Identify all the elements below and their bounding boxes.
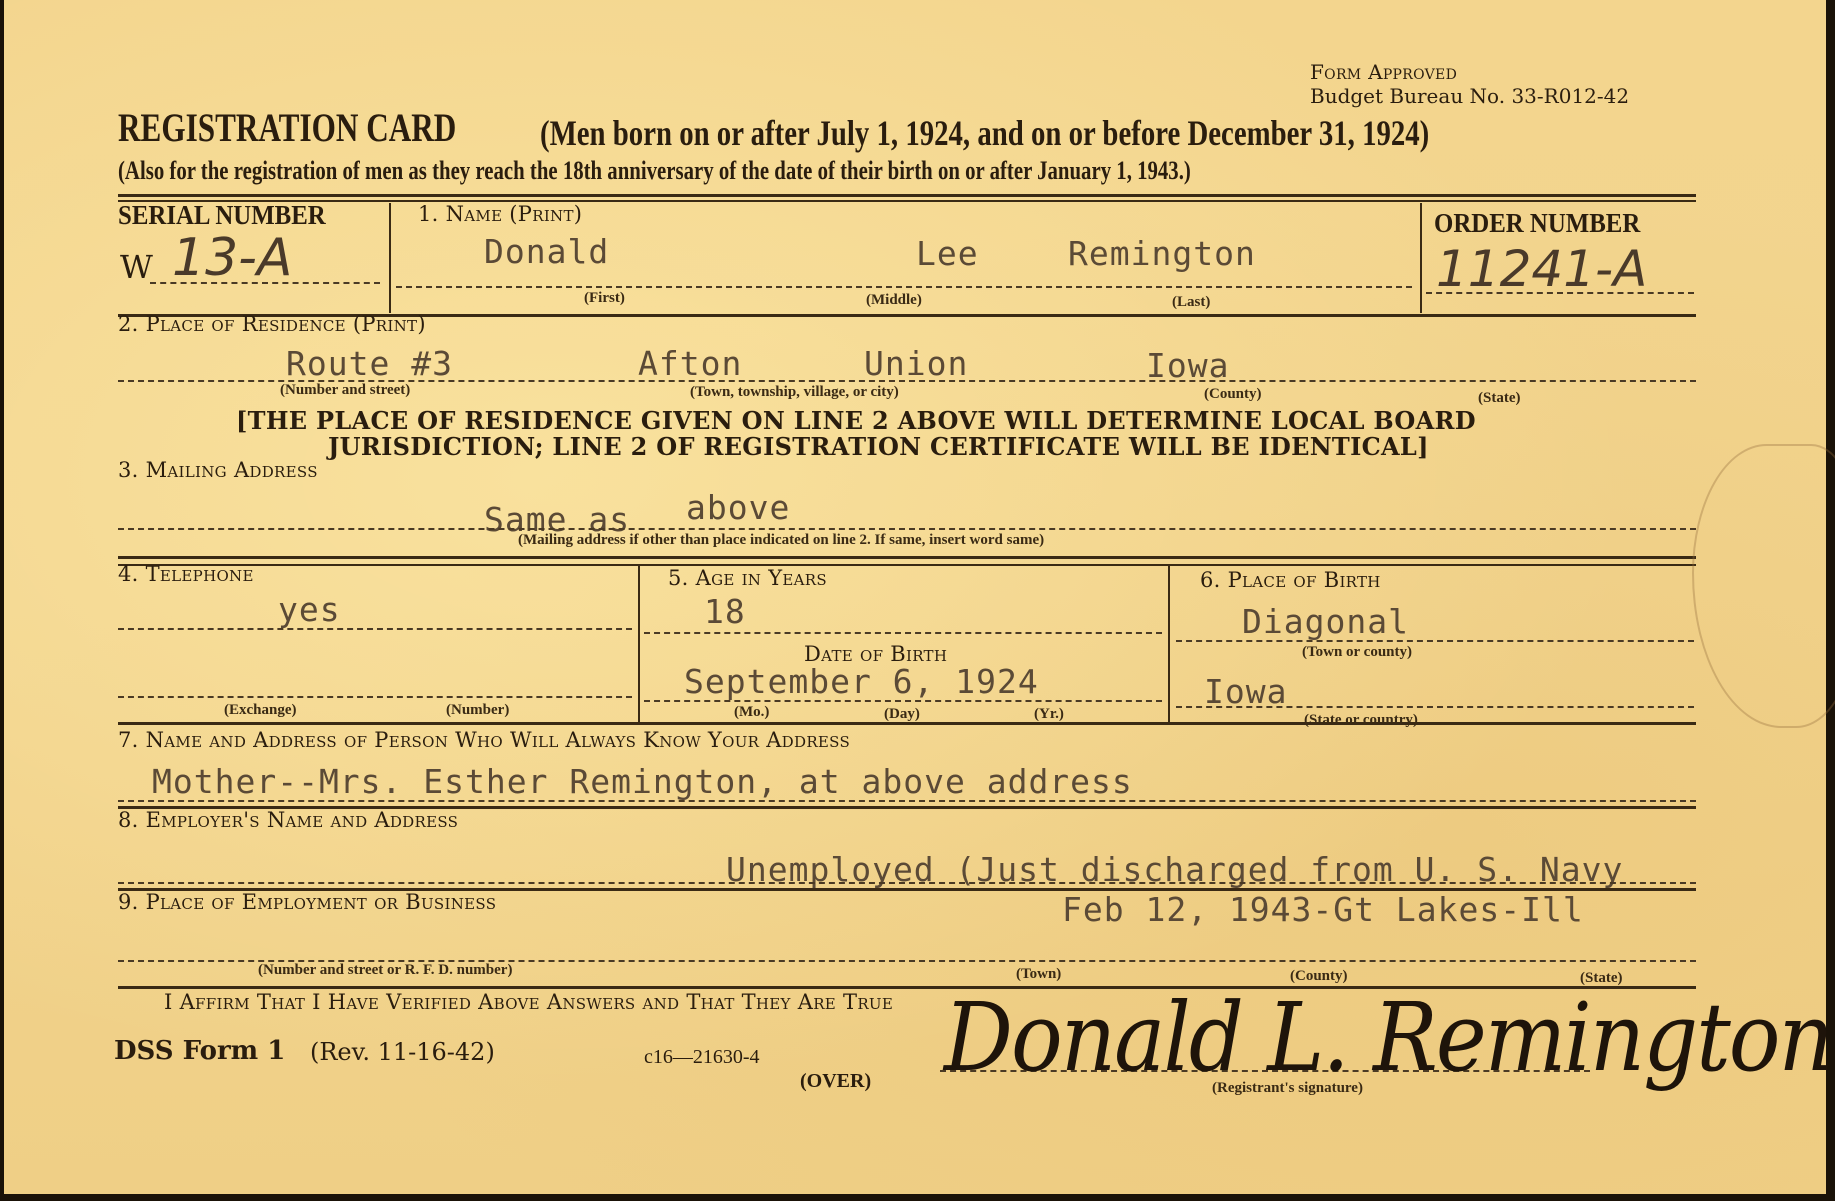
caption-last: (Last): [1172, 294, 1210, 311]
birthplace-label: 6. Place of Birth: [1200, 568, 1381, 592]
contact-line: [118, 800, 1696, 802]
residence-notice-line1: [THE PLACE OF RESIDENCE GIVEN ON LINE 2 …: [236, 406, 1476, 435]
order-number-label: ORDER NUMBER: [1434, 208, 1640, 239]
eligibility-note: (Men born on or after July 1, 1924, and …: [540, 112, 1429, 154]
over-note: (OVER): [800, 1070, 871, 1093]
birthplace-town-line: [1176, 640, 1694, 642]
serial-prefix: W: [120, 248, 153, 286]
serial-number-value: 13-A: [172, 228, 293, 288]
form-approved: Form Approved: [1310, 60, 1457, 84]
budget-bureau-number: Budget Bureau No. 33-R012-42: [1310, 84, 1629, 108]
telephone-value: yes: [278, 590, 341, 629]
age-line: [644, 632, 1162, 634]
affirmation-text: I Affirm That I Have Verified Above Answ…: [164, 990, 893, 1014]
name-line: [396, 286, 1412, 288]
employer-line: [118, 882, 1696, 884]
residence-notice-line2: JURISDICTION; LINE 2 OF REGISTRATION CER…: [328, 432, 1429, 461]
caption-day: (Day): [884, 706, 920, 723]
page-title: REGISTRATION CARD: [118, 104, 456, 151]
dob-line: [644, 700, 1162, 702]
age-label: 5. Age in Years: [668, 566, 827, 590]
residence-street: Route #3: [286, 344, 453, 383]
employment-place-label: 9. Place of Employment or Business: [118, 890, 496, 914]
caption-yr: (Yr.): [1034, 706, 1064, 723]
registration-card: Form Approved Budget Bureau No. 33-R012-…: [4, 0, 1826, 1194]
age-value: 18: [704, 592, 746, 631]
caption-town: (Town): [1016, 966, 1061, 983]
employment-place-value: Feb 12, 1943-Gt Lakes-Ill: [1062, 890, 1584, 929]
form-id: DSS Form 1: [114, 1036, 285, 1066]
name-last: Remington: [1068, 234, 1256, 273]
mailing-value-part2: above: [686, 488, 790, 527]
divider: [1420, 203, 1422, 313]
subtitle: (Also for the registration of men as the…: [118, 156, 1191, 186]
residence-label: 2. Place of Residence (Print): [118, 312, 426, 336]
divider: [1168, 566, 1170, 722]
contact-value: Mother--Mrs. Esther Remington, at above …: [152, 762, 1133, 801]
serial-number-label: SERIAL NUMBER: [118, 200, 326, 231]
birthplace-state-line: [1176, 706, 1694, 708]
divider: [389, 203, 391, 313]
birthplace-town: Diagonal: [1242, 602, 1409, 641]
telephone-label: 4. Telephone: [118, 562, 254, 586]
mailing-caption: (Mailing address if other than place ind…: [518, 532, 1044, 549]
paper-stain: [1692, 444, 1835, 728]
name-label: 1. Name (Print): [418, 202, 582, 226]
caption-county: (County): [1204, 386, 1262, 403]
caption-exchange: (Exchange): [224, 702, 297, 719]
order-line: [1426, 292, 1694, 294]
form-revision: (Rev. 11-16-42): [310, 1038, 495, 1066]
print-code: c16—21630-4: [644, 1046, 760, 1069]
telephone-line: [118, 628, 632, 630]
caption-rfd: (Number and street or R. F. D. number): [258, 962, 512, 979]
name-first: Donald: [484, 232, 609, 271]
caption-state: (State): [1478, 390, 1520, 407]
mailing-label: 3. Mailing Address: [118, 458, 318, 482]
serial-line: [150, 282, 380, 284]
dob-value: September 6, 1924: [684, 662, 1039, 701]
divider: [638, 566, 640, 722]
caption-town-county: (Town or county): [1302, 644, 1412, 661]
caption-middle: (Middle): [866, 292, 922, 309]
divider: [118, 194, 1696, 197]
divider: [118, 200, 1696, 202]
divider: [118, 722, 1696, 725]
registrant-signature: Donald L. Remington: [944, 983, 1832, 1093]
mailing-line: [118, 528, 1696, 530]
caption-town: (Town, township, village, or city): [690, 384, 899, 401]
caption-number: (Number): [446, 702, 509, 719]
caption-street: (Number and street): [280, 382, 410, 399]
caption-first: (First): [584, 290, 625, 307]
caption-mo: (Mo.): [734, 704, 769, 721]
name-middle: Lee: [916, 234, 979, 273]
caption-state-country: (State or country): [1304, 712, 1418, 729]
divider: [118, 564, 1696, 566]
residence-town: Afton: [638, 344, 742, 383]
divider: [118, 556, 1696, 559]
telephone-line-2: [118, 696, 632, 698]
residence-county: Union: [864, 344, 968, 383]
order-number-value: 11241-A: [1436, 240, 1647, 298]
employer-label: 8. Employer's Name and Address: [118, 808, 458, 832]
contact-label: 7. Name and Address of Person Who Will A…: [118, 728, 850, 752]
